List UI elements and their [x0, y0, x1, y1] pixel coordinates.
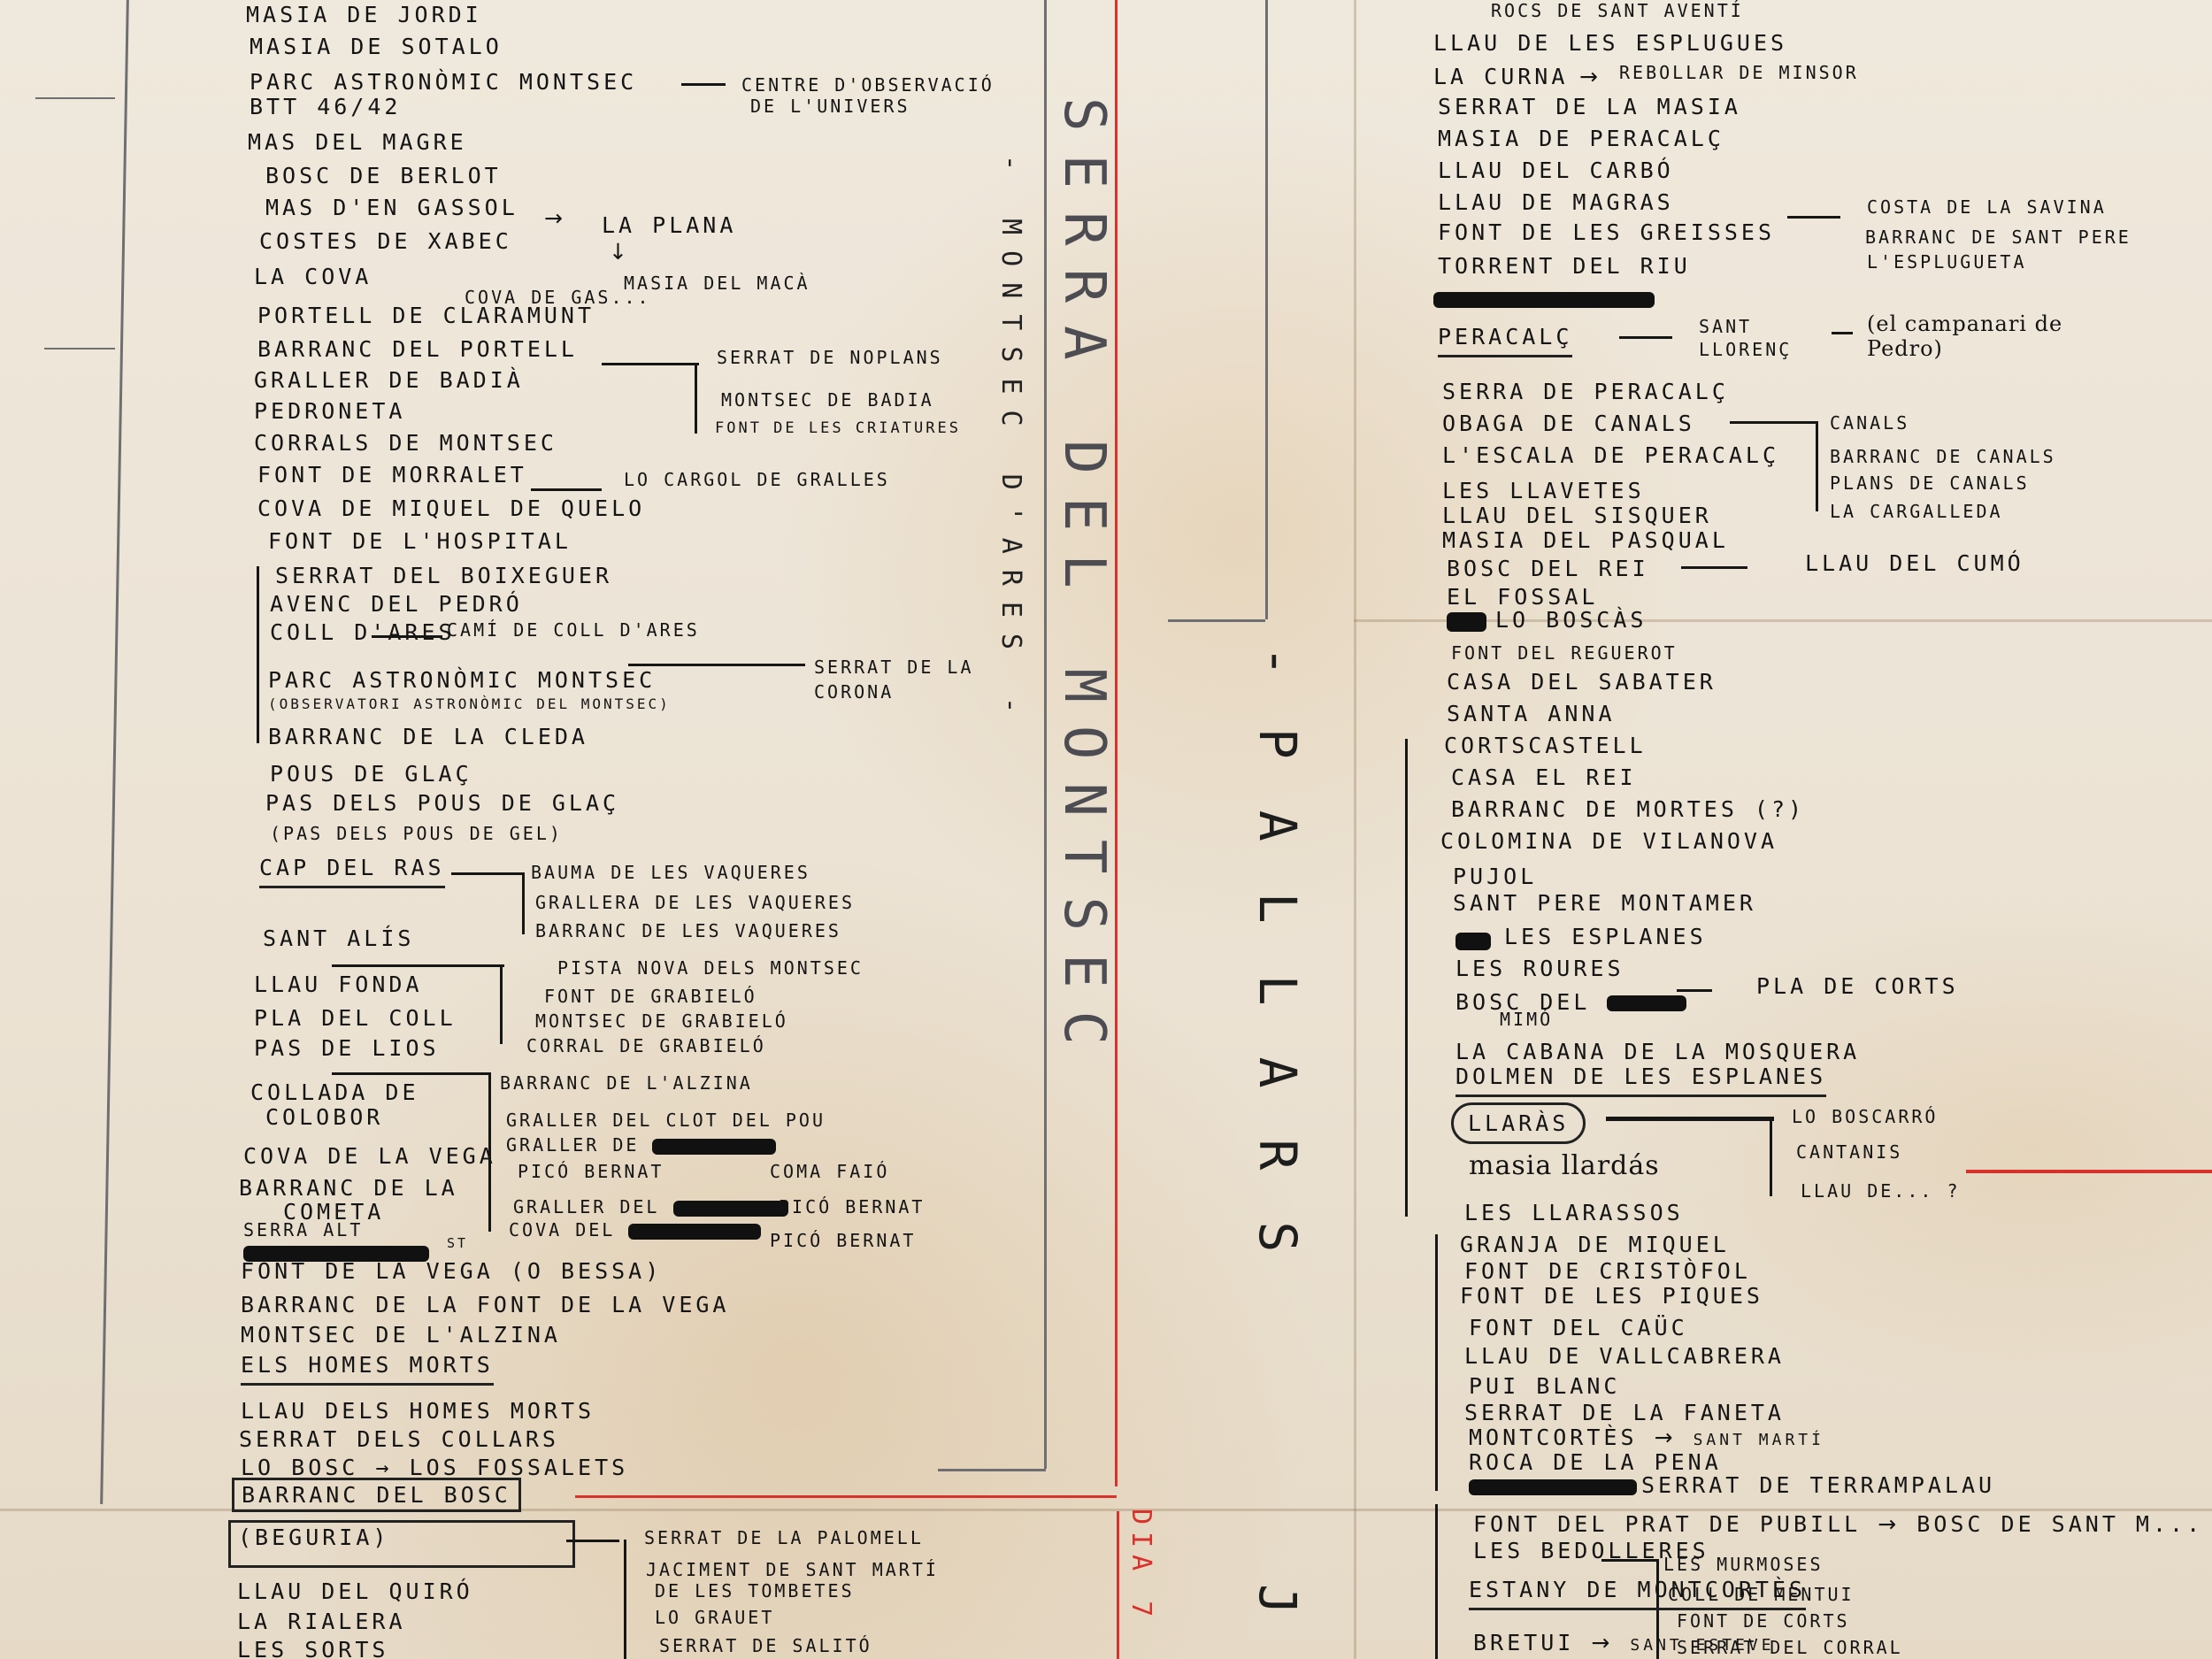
connector	[451, 872, 522, 875]
branch-item: SANT LLORENÇ	[1699, 315, 1796, 361]
toponym: MONTCORTÈS → SANT MARTÍ	[1469, 1425, 1824, 1450]
red-dia-marker	[1117, 1511, 1119, 1659]
branch-note: (el campanari de Pedro)	[1867, 311, 2070, 361]
toponym: FONT DE MORRALET	[257, 462, 527, 488]
toponym: SANT ALÍS	[263, 926, 414, 951]
toponym: LA COVA	[254, 264, 372, 289]
branch-line	[624, 1540, 626, 1659]
toponym: EL FOSSAL	[1447, 584, 1598, 610]
toponym-link: CAMÍ DE COLL D'ARES	[447, 619, 700, 641]
branch-item: JACIMENT DE SANT MARTÍ	[646, 1559, 939, 1580]
toponym: FONT DEL REGUEROT	[1451, 642, 1678, 664]
connector	[1601, 1559, 1656, 1562]
toponym: FONT DE CRISTÒFOL	[1464, 1258, 1751, 1284]
toponym: PARC ASTRONÒMIC MONTSEC	[268, 667, 656, 693]
toponym: MASIA DE SOTALO	[250, 34, 503, 59]
branch-item: PICÓ BERNAT	[518, 1161, 664, 1182]
connector	[332, 1072, 491, 1075]
red-boundary-right	[1966, 1170, 2212, 1173]
toponym: LO BOSC → LOS FOSSALETS	[241, 1455, 628, 1480]
branch-item: MONTSEC DE BADIA	[721, 389, 934, 411]
branch-item: PICÓ BERNAT	[779, 1196, 925, 1217]
arrow-right-icon: →	[1878, 1511, 1900, 1537]
branch-item: BARRANC DE CANALS	[1830, 446, 2056, 467]
toponym: COLL D'ARES	[270, 619, 456, 645]
red-boundary-horizontal	[575, 1495, 1117, 1498]
montsec-pencil-border	[1044, 0, 1047, 1469]
toponym: GRALLER DE BADIÀ	[254, 367, 524, 393]
redaction-mark	[628, 1224, 761, 1240]
toponym-group-heading: ELS HOMES MORTS	[241, 1352, 494, 1386]
connector	[681, 83, 726, 86]
toponym: LES LLAVETES	[1442, 478, 1645, 503]
branch-item: GRALLERA DE LES VAQUERES	[535, 892, 855, 913]
redaction-mark	[1447, 612, 1486, 632]
branch-item: PLANS DE CANALS	[1830, 472, 2030, 494]
branch-item: COVA DEL	[509, 1219, 761, 1240]
branch-item: SERRAT DE SALITÓ	[659, 1635, 872, 1656]
left-pencil-tick	[35, 97, 115, 99]
toponym: SERRA DE PERACALÇ	[1442, 379, 1729, 404]
toponym: CORRALS DE MONTSEC	[254, 430, 557, 456]
connector	[1730, 421, 1818, 424]
connector	[531, 488, 602, 491]
toponym: SANTA ANNA	[1447, 701, 1616, 726]
toponym: SERRAT DE TERRAMPALAU	[1641, 1472, 1995, 1498]
branch-line	[695, 363, 697, 434]
toponym: LLAU DE MAGRAS	[1438, 189, 1674, 215]
branch-item: DE LES TOMBETES	[655, 1580, 855, 1601]
branch-item: CANTANIS	[1796, 1141, 1902, 1163]
toponym: SANT PERE MONTAMER	[1453, 890, 1756, 916]
branch-line	[500, 964, 503, 1044]
toponym: CORTSCASTELL	[1444, 733, 1647, 758]
toponym: BOSC DE BERLOT	[265, 163, 502, 188]
toponym: PLA DEL COLL	[254, 1005, 457, 1031]
connector	[1606, 1117, 1774, 1121]
toponym: PAS DELS POUS DE GLAÇ	[265, 790, 619, 816]
pallars-pencil-tick	[1168, 619, 1265, 622]
toponym-link: PLA DE CORTS	[1756, 973, 1959, 999]
branch-item: GRALLER DE	[506, 1134, 776, 1156]
toponym-link: LO CARGOL DE GRALLES	[624, 469, 890, 490]
branch-item: LLAU DE... ?	[1801, 1180, 1961, 1202]
branch-item: MONTSEC DE GRABIELÓ	[535, 1010, 788, 1032]
toponym: FONT DE L'HOSPITAL	[268, 528, 572, 554]
redaction-mark	[673, 1201, 788, 1217]
toponym: FONT DE LES GREISSES	[1438, 219, 1775, 245]
toponym-link: CENTRE D'OBSERVACIÓ	[741, 74, 995, 96]
redaction-mark	[1455, 933, 1491, 950]
connector	[1832, 332, 1853, 334]
toponym: BOSC DEL REI	[1447, 556, 1649, 581]
toponym: BARRANC DE LA CLEDA	[268, 724, 588, 749]
toponym-link: LLAU DEL CUMÓ	[1805, 550, 2024, 576]
toponym-correction: MIMÓ	[1500, 1009, 1553, 1030]
branch-item: BARRANC DE SANT PERE	[1865, 227, 2131, 248]
toponym: LLAU DELS HOMES MORTS	[241, 1398, 595, 1424]
toponym: PAS DE LIOS	[254, 1035, 440, 1061]
branch-item: PISTA NOVA DELS MONTSEC	[557, 957, 864, 979]
arrow-down-icon: ↓	[609, 239, 631, 265]
connector	[628, 664, 805, 666]
toponym: TORRENT DEL RIU	[1438, 253, 1691, 279]
toponym-note: (PAS DELS POUS DE GEL)	[270, 823, 563, 844]
toponym: SERRAT DE LA MASIA	[1438, 94, 1741, 119]
branch-item: L'ESPLUGUETA	[1867, 251, 2027, 273]
toponym-sub: masia llardás	[1469, 1150, 1660, 1181]
toponym: LLAU DEL CARBÓ	[1438, 157, 1674, 183]
toponym: SERRAT DE LA FANETA	[1464, 1400, 1785, 1425]
branch-item: LO GRAUET	[655, 1607, 774, 1628]
toponym: ROCS DE SANT AVENTÍ	[1491, 0, 1744, 21]
pallars-pencil-border	[1265, 0, 1268, 619]
label-dia: DIA 7	[1125, 1509, 1156, 1624]
toponym: LLAU DEL QUIRÓ	[237, 1578, 473, 1604]
toponym-boxed: BARRANC DEL BOSC	[232, 1478, 521, 1512]
toponym: SERRA ALT	[243, 1219, 363, 1240]
toponym: MAS D'EN GASSOL	[265, 195, 518, 220]
toponym: LES SORTS	[237, 1637, 388, 1659]
toponym: BOSC DEL	[1455, 989, 1686, 1015]
toponym: COSTES DE XABEC	[259, 228, 512, 254]
toponym: FONT DE LA VEGA (O BESSA)	[241, 1258, 662, 1284]
branch-item: GRALLER DEL	[513, 1196, 788, 1217]
title-pallars: -PALLARS	[1248, 646, 1308, 1303]
branch-line	[1816, 421, 1818, 511]
toponym: PUI BLANC	[1469, 1373, 1620, 1399]
toponym: COVA DE LA VEGA	[243, 1143, 496, 1169]
branch-item: LA CARGALLEDA	[1830, 501, 2003, 522]
toponym: PARC ASTRONÒMIC MONTSEC	[250, 69, 637, 95]
toponym-link: MASIA DEL MACÀ	[624, 273, 810, 294]
toponym-group-heading: DOLMEN DE LES ESPLANES	[1455, 1064, 1826, 1097]
branch-item: FONT DE LES CRIATURES	[715, 419, 961, 437]
title-serra-del-montsec: SERRA DEL MONTSEC	[1051, 97, 1117, 1068]
toponym: SERRAT DEL BOIXEGUER	[275, 563, 612, 588]
branch-item: CORRAL DE GRABIELÓ	[526, 1035, 766, 1056]
toponym: COLLADA DE	[250, 1079, 419, 1105]
toponym: LLAU DE LES ESPLUGUES	[1433, 30, 1787, 56]
branch-item: GRALLER DEL CLOT DEL POU	[506, 1110, 826, 1131]
bracket-line	[1435, 1234, 1438, 1491]
toponym-boxed: (BEGURIA)	[228, 1520, 575, 1568]
redaction-mark	[652, 1139, 776, 1155]
toponym: LLAU DEL SISQUER	[1442, 503, 1712, 528]
toponym-link: REBOLLAR DE MINSOR	[1555, 62, 1859, 83]
toponym: LES LLARASSOS	[1464, 1200, 1684, 1225]
toponym: LLAU FONDA	[254, 972, 423, 997]
toponym: FONT DE LES PIQUES	[1460, 1283, 1763, 1309]
branch-item: FONT DE CORTS	[1677, 1610, 1850, 1632]
branch-item: BARRANC DE LES VAQUERES	[535, 920, 841, 941]
branch-item: BAUMA DE LES VAQUERES	[531, 862, 810, 883]
toponym: MASIA DEL PASQUAL	[1442, 527, 1729, 553]
connector	[1677, 989, 1712, 992]
branch-item: LO BOSCARRÓ	[1792, 1106, 1938, 1127]
connector	[602, 363, 699, 365]
toponym: BTT 46/42	[250, 94, 401, 119]
toponym: POUS DE GLAÇ	[270, 761, 472, 787]
toponym: CASA EL REI	[1451, 764, 1637, 790]
toponym: LES ROURES	[1455, 956, 1624, 981]
toponym: LO BOSCÀS	[1495, 607, 1647, 633]
title-pallars-continued: J	[1248, 1584, 1308, 1659]
branch-line	[1770, 1117, 1772, 1196]
branch-item: CANALS	[1830, 412, 1909, 434]
arrow-right-icon: →	[544, 205, 566, 231]
toponym: ROCA DE LA PENA	[1469, 1449, 1722, 1475]
toponym: COVA DE MIQUEL DE QUELO	[257, 495, 645, 521]
toponym: LA CURNA	[1433, 64, 1568, 89]
toponym: LA RIALERA	[237, 1609, 406, 1634]
toponym: MASIA DE PERACALÇ	[1438, 126, 1724, 151]
toponym: FONT DEL PRAT DE PUBILL → BOSC DE SANT M…	[1473, 1511, 2203, 1537]
toponym: PEDRONETA	[254, 398, 405, 424]
toponym-link: DE L'UNIVERS	[750, 96, 910, 117]
redaction-mark	[1433, 292, 1655, 308]
branch-item: PICÓ BERNAT	[770, 1230, 916, 1251]
branch-item: COMA FAIÓ	[770, 1161, 889, 1182]
toponym: LLAU DE VALLCABRERA	[1464, 1343, 1785, 1369]
toponym: LES ESPLANES	[1504, 924, 1707, 949]
branch-item: SERRAT DE LA PALOMELL	[644, 1527, 924, 1548]
toponym: L'ESCALA DE PERACALÇ	[1442, 442, 1779, 468]
toponym-circled: LLARÀS	[1451, 1102, 1586, 1144]
toponym: SERRAT DELS COLLARS	[239, 1426, 559, 1452]
toponym: BARRANC DE MORTES (?)	[1451, 796, 1805, 822]
branch-item: BARRANC DE L'ALZINA	[500, 1072, 753, 1094]
left-pencil-arrow	[44, 348, 115, 349]
redaction-mark	[1607, 995, 1686, 1011]
connector	[372, 635, 442, 638]
branch-item: SERRAT DE NOPLANS	[717, 347, 943, 368]
toponym: COLOBOR	[265, 1104, 383, 1130]
toponym: MAS DEL MAGRE	[248, 129, 467, 155]
arrow-right-icon: →	[1655, 1425, 1677, 1450]
subtitle-montsec-dares: - MONTSEC D'ARES -	[995, 155, 1026, 729]
connector	[566, 1540, 619, 1542]
connector	[332, 964, 504, 967]
arrow-right-icon: →	[1591, 1630, 1613, 1655]
toponym: MONTSEC DE L'ALZINA	[241, 1322, 561, 1348]
toponym-group-heading: ESTANY DE MONTCORTÈS	[1469, 1577, 1806, 1610]
toponym: AVENC DEL PEDRÓ	[270, 591, 523, 617]
redaction-mark	[1469, 1479, 1637, 1495]
branch-item: LES MURMOSES	[1663, 1554, 1824, 1575]
toponym: CASA DEL SABATER	[1447, 669, 1717, 695]
bracket-arrow-line	[1405, 739, 1408, 1217]
toponym-link: SERRAT DE LA	[814, 657, 974, 678]
connector	[1787, 216, 1840, 219]
toponym: PORTELL DE CLARAMUNT	[257, 303, 595, 328]
toponym-link: CORONA	[814, 681, 894, 703]
toponym: BARRANC DEL PORTELL	[257, 336, 578, 362]
toponym-note: (OBSERVATORI ASTRONÒMIC DEL MONTSEC)	[268, 695, 671, 712]
montsec-pencil-bottom	[938, 1469, 1046, 1471]
connector	[1681, 566, 1747, 569]
toponym-group-heading: CAP DEL RAS	[259, 855, 445, 888]
toponym: MASIA DE JORDI	[246, 2, 482, 27]
toponym: OBAGA DE CANALS	[1442, 411, 1695, 436]
vertical-fold-crease	[1354, 0, 1356, 1659]
toponym: LA CABANA DE LA MOSQUERA	[1455, 1039, 1860, 1064]
branch-item: FONT DE GRABIELÓ	[544, 986, 757, 1007]
toponym: GRANJA DE MIQUEL	[1460, 1232, 1730, 1257]
bracket-line	[1435, 1504, 1438, 1659]
bracket-line	[257, 566, 259, 743]
toponym: BRETUI → SANT ESTEVE	[1473, 1630, 1775, 1655]
branch-item: COSTA DE LA SAVINA	[1867, 196, 2107, 218]
toponym: BARRANC DE LA	[239, 1175, 458, 1201]
toponym-link: LA PLANA	[602, 212, 736, 238]
toponym: BARRANC DE LA FONT DE LA VEGA	[241, 1292, 730, 1317]
left-margin-pencil-line	[100, 0, 129, 1504]
connector	[1619, 336, 1672, 339]
note: St	[447, 1235, 468, 1251]
toponym-group-heading: PERACALÇ	[1438, 324, 1572, 357]
toponym: PUJOL	[1453, 864, 1537, 889]
branch-line	[522, 872, 525, 934]
paper-sheet: SERRA DEL MONTSEC - MONTSEC D'ARES - -PA…	[0, 0, 2212, 1659]
toponym: COLOMINA DE VILANOVA	[1440, 828, 1778, 854]
toponym: FONT DEL CAÜC	[1469, 1315, 1688, 1340]
